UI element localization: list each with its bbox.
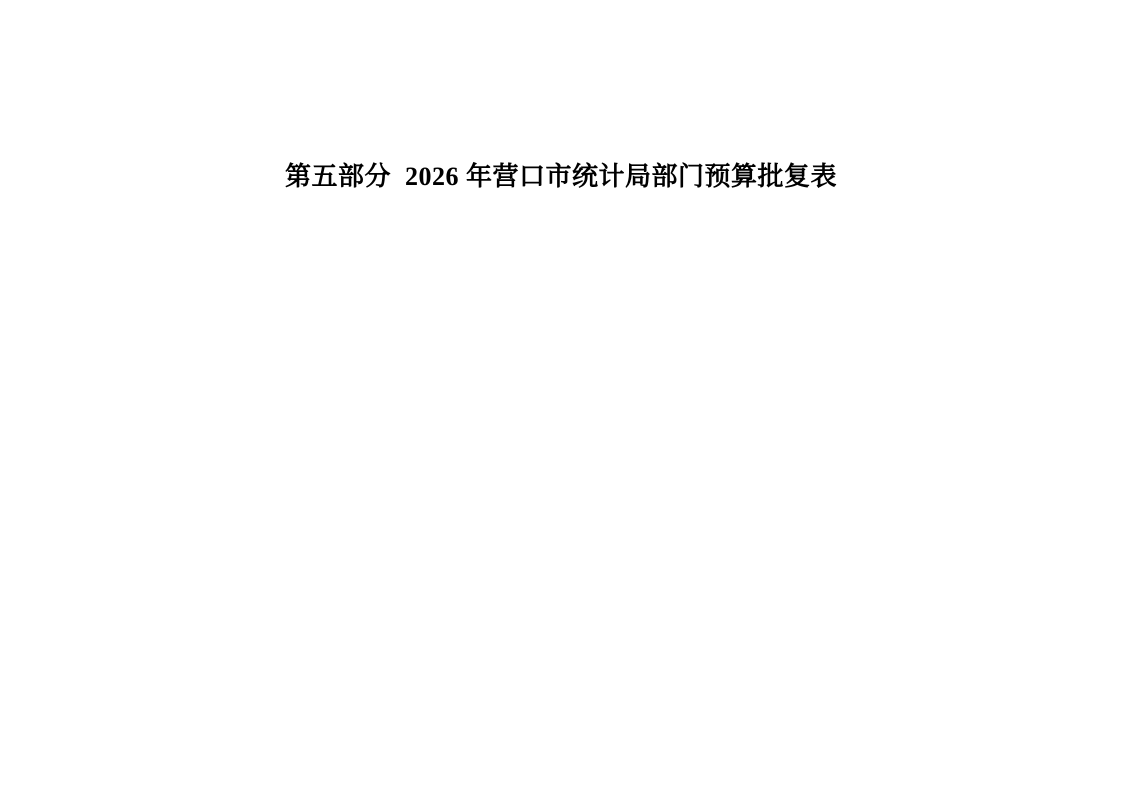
page-title: 第五部分 2026 年营口市统计局部门预算批复表	[0, 161, 1122, 193]
document-page: 第五部分 2026 年营口市统计局部门预算批复表	[0, 0, 1122, 793]
